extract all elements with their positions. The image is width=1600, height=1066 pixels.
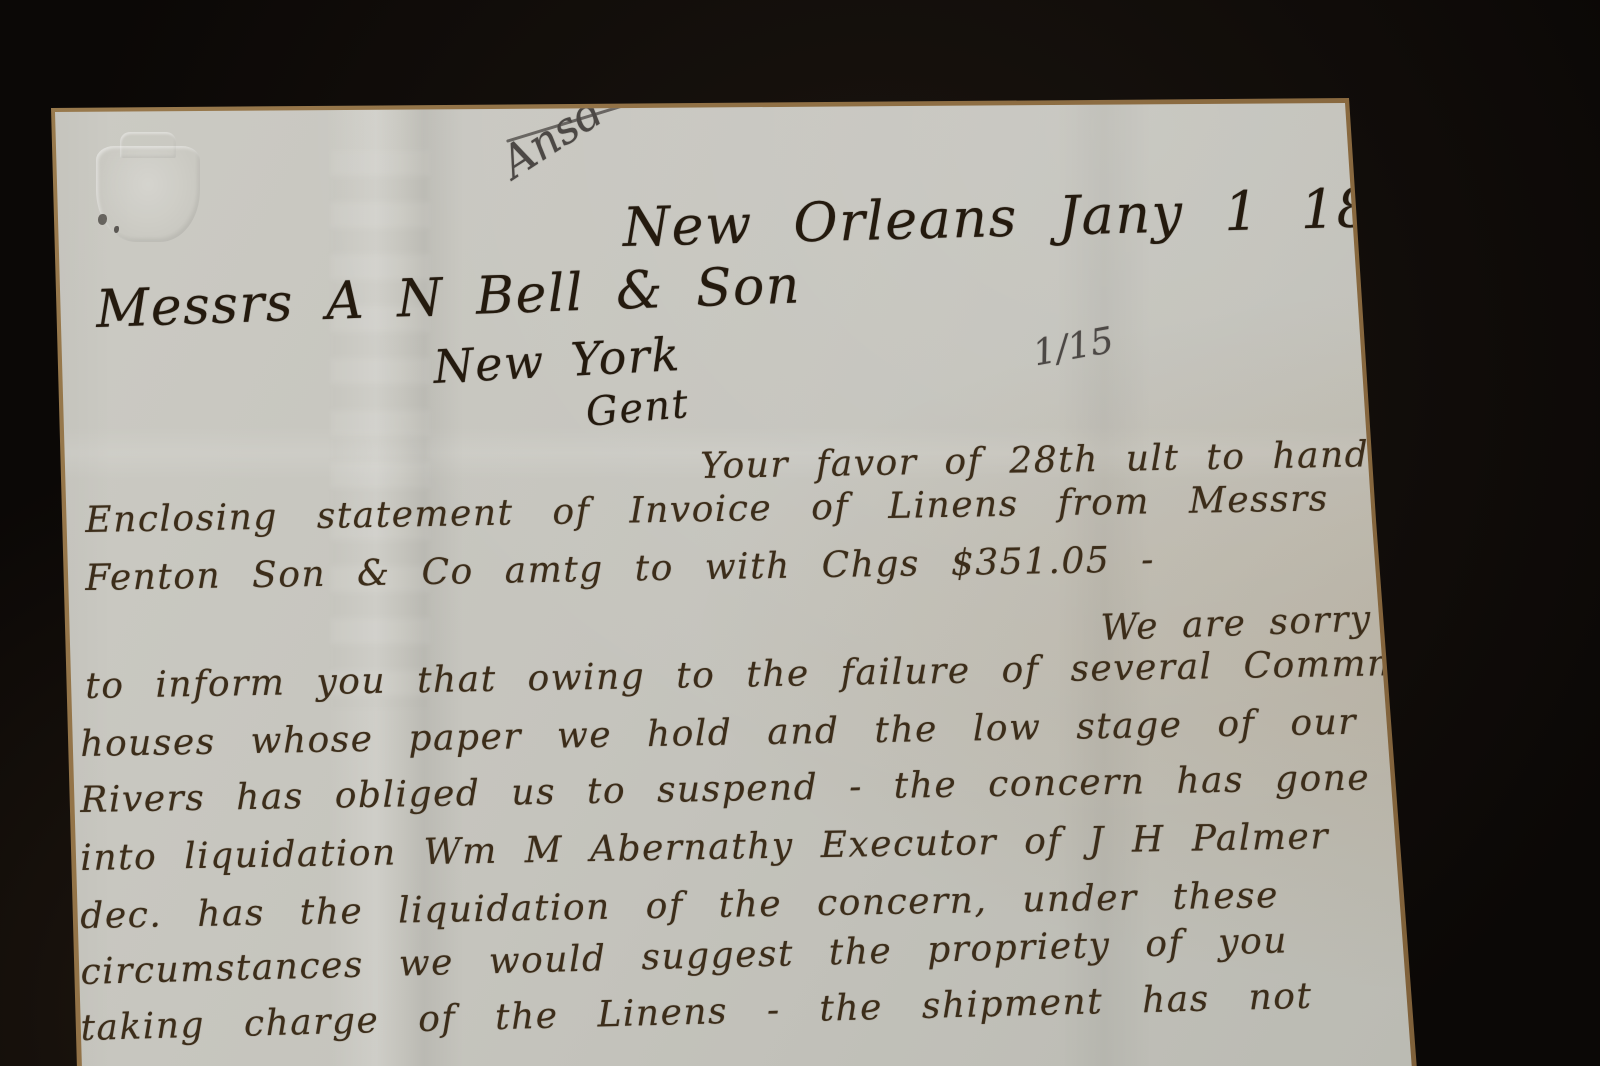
dateline: New Orleans Jany 1 1855 <box>622 174 1445 258</box>
addressee-name: Messrs A N Bell & Son <box>95 255 802 340</box>
embossed-seal-icon <box>96 146 200 242</box>
body-line: We are sorry <box>1100 599 1372 649</box>
body-line: Fenton Son & Co amtg to with Chgs $351.0… <box>85 539 1155 599</box>
body-line: Enclosing statement of Invoice of Linens… <box>85 478 1329 541</box>
body-line: into liquidation Wm M Abernathy Executor… <box>80 816 1329 879</box>
filing-annotation: 1/15 <box>1030 320 1117 374</box>
answered-annotation: Ansd <box>492 86 613 189</box>
photo-background: Ansd 1/15 New Orleans Jany 1 1855 Messrs… <box>0 0 1600 1066</box>
body-line: Rivers has obliged us to suspend - the c… <box>80 757 1371 821</box>
salutation: Gent <box>584 381 691 436</box>
watermark-band <box>330 150 430 710</box>
letter-sheet: Ansd 1/15 New Orleans Jany 1 1855 Messrs… <box>0 0 1600 1066</box>
body-line: houses whose paper we hold and the low s… <box>80 702 1357 765</box>
body-line: to inform you that owing to the failure … <box>85 643 1392 707</box>
